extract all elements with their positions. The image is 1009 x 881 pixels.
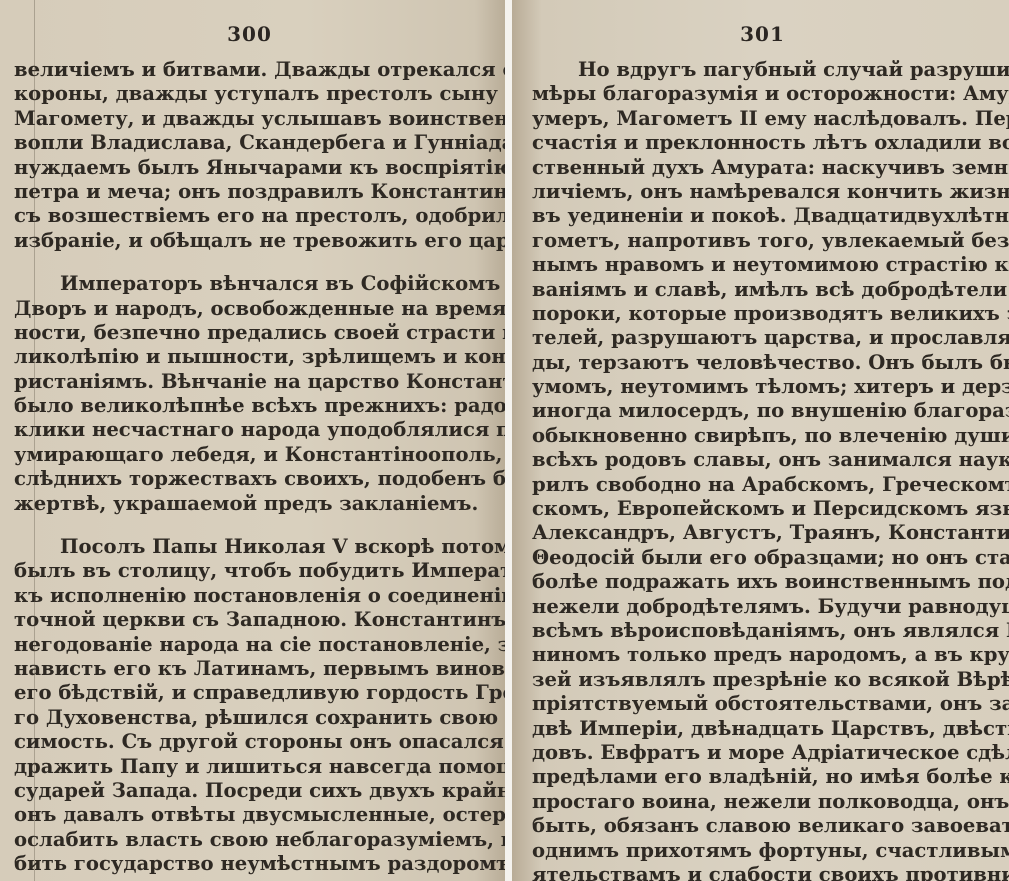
text-line: къ исполненію постановленія о соединеніи…	[14, 584, 485, 608]
text-line: го Духовенства, рѣшился сохранить свою н…	[14, 706, 485, 730]
text-line: Магомету, и дважды услышавъ воинственные	[14, 107, 485, 131]
text-line: мѣры благоразумія и осторожности: Амурат…	[532, 82, 993, 106]
paragraph: величіемъ и битвами. Дважды отрекался он…	[14, 58, 485, 253]
text-line: слѣднихъ торжествахъ своихъ, подобенъ бы…	[14, 467, 485, 491]
text-line: всѣмъ вѣроисповѣданіямъ, онъ являлся Мус…	[532, 619, 993, 643]
text-line: онъ давалъ отвѣты двусмысленные, остерег…	[14, 803, 485, 827]
text-line: гометъ, напротивъ того, увлекаемый безпо…	[532, 229, 993, 253]
right-page-text: Но вдругъ пагубный случай разрушилъ всѣм…	[532, 58, 993, 881]
text-line: Но вдругъ пагубный случай разрушилъ всѣ	[532, 58, 993, 82]
text-line: его бѣдствій, и справедливую гордость Гр…	[14, 681, 485, 705]
text-line: всѣхъ родовъ славы, онъ занимался наукам…	[532, 448, 993, 472]
paragraph: Посолъ Папы Николая V вскорѣ потомъ при-…	[14, 535, 485, 876]
text-line: зей изъявлялъ презрѣніе ко всякой Вѣрѣ. …	[532, 668, 993, 692]
text-line: пороки, которые производятъ великихъ зав…	[532, 302, 993, 326]
text-line: обыкновенно свирѣпъ, по влеченію души. А…	[532, 424, 993, 448]
text-line: въ уединеніи и покоѣ. Двадцатидвухлѣтній…	[532, 204, 993, 228]
text-line: ристаніямъ. Вѣнчаніе на царство Констант…	[14, 370, 485, 394]
text-line: избраніе, и обѣщалъ не тревожить его цар…	[14, 229, 485, 253]
text-line: болѣе подражать ихъ воинственнымъ подвиг…	[532, 570, 993, 594]
text-line: ослабить власть свою неблагоразуміемъ, и…	[14, 828, 485, 852]
text-line: счастія и преклонность лѣтъ охладили вои…	[532, 131, 993, 155]
text-line: ственный духъ Амурата: наскучивъ земнымъ…	[532, 156, 993, 180]
text-line: ности, безпечно предались своей страсти …	[14, 321, 485, 345]
text-line: нымъ нравомъ и неутомимою страстію къ за…	[532, 253, 993, 277]
text-line: двѣ Имперіи, двѣнадцать Царствъ, двѣсти …	[532, 717, 993, 741]
text-line: негодованіе народа на сіе постановленіе,…	[14, 633, 485, 657]
text-line: жертвѣ, украшаемой предъ закланіемъ.	[14, 492, 485, 516]
text-line: короны, дважды уступалъ престолъ сыну св…	[14, 82, 485, 106]
text-line: точной церкви съ Западною. Константинъ з…	[14, 608, 485, 632]
text-line: съ возшествіемъ его на престолъ, одобрил…	[14, 204, 485, 228]
text-line: ды, терзаютъ человѣчество. Онъ былъ быст…	[532, 351, 993, 375]
text-line: телей, разрушаютъ царства, и прославляя …	[532, 326, 993, 350]
text-line: бить государство неумѣстнымъ раздоромъ.	[14, 852, 485, 876]
text-line: нежели добродѣтелямъ. Будучи равнодушенъ…	[532, 595, 993, 619]
page-number-left: 300	[14, 22, 485, 58]
text-line: ваніямъ и славѣ, имѣлъ всѣ добродѣтели и…	[532, 278, 993, 302]
text-line: петра и меча; онъ поздравилъ Константина	[14, 180, 485, 204]
text-line: умирающаго лебедя, и Константіноополь, п…	[14, 443, 485, 467]
text-line: иногда милосердъ, по внушенію благоразум…	[532, 399, 993, 423]
text-line: нуждаемъ былъ Янычарами къ воспріятію ск…	[14, 156, 485, 180]
text-line: пріятствуемый обстоятельствами, онъ заво…	[532, 692, 993, 716]
text-line: величіемъ и битвами. Дважды отрекался он…	[14, 58, 485, 82]
text-line: Θеодосій были его образцами; но онъ стар…	[532, 546, 993, 570]
text-line: предѣлами его владѣній, но имѣя болѣе ка…	[532, 765, 993, 789]
text-line: простаго воина, нежели полководца, онъ, …	[532, 790, 993, 814]
text-line: однимъ прихотямъ фортуны, счастливымъ об…	[532, 839, 993, 863]
text-line: ликолѣпію и пышности, зрѣлищемъ и конски…	[14, 345, 485, 369]
text-line: вопли Владислава, Скандербега и Гунніада…	[14, 131, 485, 155]
text-line: рилъ свободно на Арабскомъ, Греческомъ, …	[532, 473, 993, 497]
text-line: быть, обязанъ славою великаго завоевател…	[532, 814, 993, 838]
text-line: личіемъ, онъ намѣревался кончить жизнь с…	[532, 180, 993, 204]
text-line: нависть его къ Латинамъ, первымъ виновни…	[14, 657, 485, 681]
right-page: 301 Но вдругъ пагубный случай разрушилъ …	[512, 0, 1009, 881]
text-line: довъ. Евфратъ и море Адріатическое сдѣла…	[532, 741, 993, 765]
text-line: ниномъ только предъ народомъ, а въ кругу…	[532, 643, 993, 667]
text-line: Посолъ Папы Николая V вскорѣ потомъ при-	[14, 535, 485, 559]
page-number-right: 301	[532, 22, 993, 58]
left-page: 300 величіемъ и битвами. Дважды отрекалс…	[0, 0, 505, 881]
text-line: умеръ, Магометъ II ему наслѣдовалъ. Пере…	[532, 107, 993, 131]
text-line: симость. Съ другой стороны онъ опасался …	[14, 730, 485, 754]
text-line: сударей Запада. Посреди сихъ двухъ крайн…	[14, 779, 485, 803]
text-line: было великолѣпнѣе всѣхъ прежнихъ: радост…	[14, 394, 485, 418]
text-line: умомъ, неутомимъ тѣломъ; хитеръ и дерзок…	[532, 375, 993, 399]
paragraph-gap	[14, 516, 485, 535]
text-line: Дворъ и народъ, освобожденные на время о…	[14, 297, 485, 321]
book-gutter	[505, 0, 512, 881]
text-line: Александръ, Августъ, Траянъ, Константинъ…	[532, 521, 993, 545]
paragraph-gap	[14, 253, 485, 272]
text-line: дражить Папу и лишиться навсегда помощи …	[14, 755, 485, 779]
left-page-text: величіемъ и битвами. Дважды отрекался он…	[14, 58, 485, 877]
page-crease	[34, 0, 35, 881]
paragraph: Императоръ вѣнчался въ Софійскомъ соборѣ…	[14, 272, 485, 516]
text-line: Императоръ вѣнчался въ Софійскомъ соборѣ…	[14, 272, 485, 296]
text-line: клики несчастнаго народа уподоблялися пѣ…	[14, 418, 485, 442]
paragraph: Но вдругъ пагубный случай разрушилъ всѣм…	[532, 58, 993, 881]
text-line: скомъ, Европейскомъ и Персидскомъ языках…	[532, 497, 993, 521]
text-line: ятельствамъ и слабости своихъ противнико…	[532, 863, 993, 881]
text-line: былъ въ столицу, чтобъ побудить Императо…	[14, 559, 485, 583]
